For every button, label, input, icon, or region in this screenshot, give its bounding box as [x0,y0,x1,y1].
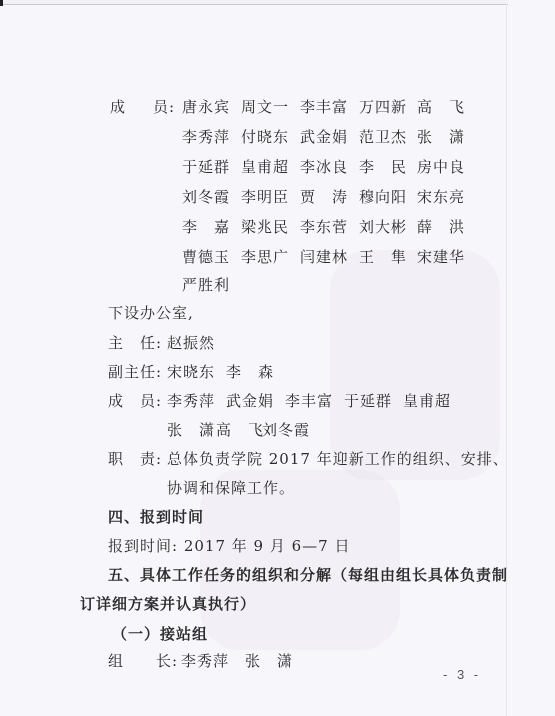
page-number: - 3 - [443,667,481,682]
office-member-name: 于延群 [344,392,392,410]
member-name: 范卫杰 [359,128,407,146]
member-name: 房中良 [417,158,465,176]
member-name: 张 潇 [417,128,465,146]
members-label-left: 成 [110,98,126,116]
member-name: 皇甫超 [241,158,289,176]
section-heading-line1: 五、具体工作任务的组织和分解（每组由组长具体负责制 [108,566,508,584]
members-label-right: 员: [153,98,175,116]
member-name: 李丰富 [300,98,348,116]
member-name: 穆向阳 [359,188,407,206]
member-name: 李东菅 [300,218,348,236]
member-name: 李冰良 [300,158,348,176]
member-name: 李明臣 [241,188,289,206]
group-leader-label: 组 长: [108,652,178,670]
member-name: 薛 洪 [417,218,465,236]
reporting-time-text: 报到时间: 2017 年 9 月 6—7 日 [108,537,350,555]
member-name: 李 民 [359,158,407,176]
subsection-heading: （一）接站组 [112,625,208,643]
deputy-director-name: 李 森 [226,363,274,381]
member-name: 于延群 [182,158,230,176]
deputy-director-label: 副主任: [108,363,162,381]
section-heading-line2: 订详细方案并认真执行） [80,595,256,613]
member-name: 刘冬霞 [182,188,230,206]
office-member-name: 李丰富 [285,392,333,410]
office-member-name: 武金娟 [226,392,274,410]
member-name: 万四新 [359,98,407,116]
member-name: 刘大彬 [359,218,407,236]
director-name: 赵振然 [167,334,215,352]
office-member-name: 皇甫超 [403,392,451,410]
office-member-name: 高 飞 [216,421,264,439]
member-name: 李思广 [241,248,289,266]
section-heading: 四、报到时间 [108,508,204,526]
member-name: 唐永宾 [182,98,230,116]
duty-text-line1: 总体负责学院 2017 年迎新工作的组织、安排、 [167,450,509,468]
member-name: 周文一 [241,98,289,116]
member-name: 高 飞 [417,98,465,116]
member-name: 梁兆民 [241,218,289,236]
member-name: 贾 涛 [300,188,348,206]
office-member-name: 张 潇 [167,421,215,439]
office-member-name: 刘冬霞 [262,421,310,439]
director-label: 主 任: [108,334,162,352]
member-name: 宋建华 [417,248,465,266]
duty-text-line2: 协调和保障工作。 [167,479,295,497]
member-name: 武金娟 [300,128,348,146]
duty-label: 职 责: [108,450,162,468]
group-leader-names: 李秀萍 张 潇 [181,652,293,670]
member-name: 严胜利 [182,276,230,294]
document-page: 成 员: 唐永宾 周文一 李丰富 万四新 高 飞 李秀萍 付晓东 武金娟 范卫杰… [0,0,555,716]
office-member-name: 李秀萍 [167,392,215,410]
member-name: 曹德玉 [182,248,230,266]
member-name: 王 隼 [359,248,407,266]
office-members-label: 成 员: [108,392,162,410]
member-name: 李秀萍 [182,128,230,146]
member-name: 宋东亮 [417,188,465,206]
member-name: 李 嘉 [182,218,230,236]
member-name: 付晓东 [241,128,289,146]
office-intro: 下设办公室, [108,304,194,322]
member-name: 闫建林 [300,248,348,266]
deputy-director-name: 宋晓东 [167,363,215,381]
